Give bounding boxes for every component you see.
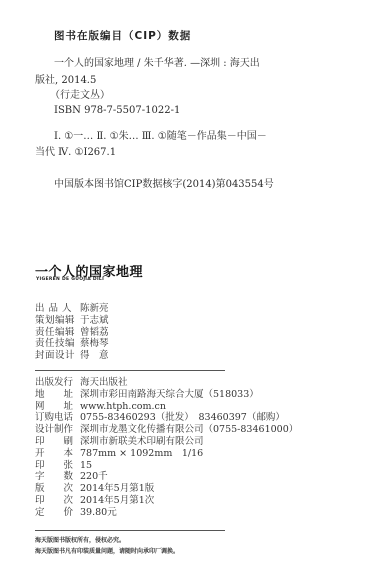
cip-series-line: （行走文丛） bbox=[50, 89, 110, 102]
credit-row: 出 品 人 陈新亮 bbox=[35, 303, 109, 315]
pub-value: 海天出版社 bbox=[80, 377, 128, 389]
pub-row: 地 址 深圳市彩田南路海天综合大厦（518033） bbox=[35, 389, 298, 401]
credit-value: 蔡梅琴 bbox=[80, 338, 109, 350]
pub-label: 定 价 bbox=[35, 507, 80, 519]
pub-value: 39.80元 bbox=[80, 507, 117, 519]
pub-value: 深圳市新联美术印刷有限公司 bbox=[80, 436, 204, 448]
pub-value: 220千 bbox=[80, 471, 108, 483]
pub-value: 0755-83460293（批发） 83460397（邮购） bbox=[80, 412, 285, 424]
credit-label: 策划编辑 bbox=[35, 315, 80, 327]
publication-info: 出版发行 海天出版社 地 址 深圳市彩田南路海天综合大厦（518033） 网 址… bbox=[35, 377, 298, 519]
pub-value: www.htph.com.cn bbox=[80, 401, 166, 413]
divider-rule bbox=[35, 370, 225, 371]
pub-label: 版 次 bbox=[35, 483, 80, 495]
pub-label: 印 张 bbox=[35, 460, 80, 472]
copyright-notice: 海天版图书版权所有，侵权必究。 bbox=[35, 535, 125, 544]
pub-value: 2014年5月第1版 bbox=[80, 483, 154, 495]
credit-label: 封面设计 bbox=[35, 350, 80, 362]
credit-label: 责任技编 bbox=[35, 338, 80, 350]
cip-classification-line: Ⅰ. ①一… Ⅱ. ①朱… Ⅲ. ①随笔－作品集－中国－ bbox=[54, 130, 267, 143]
pub-label: 地 址 bbox=[35, 389, 80, 401]
credit-label: 责任编辑 bbox=[35, 327, 80, 339]
book-title-pinyin: YIGEREN DE GUOJIA DILI bbox=[36, 277, 104, 282]
cip-heading: 图书在版编目（CIP）数据 bbox=[54, 28, 191, 43]
credit-label: 出 品 人 bbox=[35, 303, 80, 315]
cip-classification-line-2: 当代 Ⅳ. ①I267.1 bbox=[35, 146, 116, 159]
pub-label: 订购电话 bbox=[35, 412, 80, 424]
pub-value: 深圳市龙墨文化传播有限公司（0755-83461000） bbox=[80, 424, 298, 436]
pub-row: 订购电话 0755-83460293（批发） 83460397（邮购） bbox=[35, 412, 298, 424]
credit-row: 策划编辑 于志斌 bbox=[35, 315, 109, 327]
pub-row: 定 价 39.80元 bbox=[35, 507, 298, 519]
pub-value: 787mm × 1092mm 1/16 bbox=[80, 448, 203, 460]
pub-row: 印 张 15 bbox=[35, 460, 298, 472]
quality-notice: 海天版图书凡有印装质量问题，请随时向承印厂调换。 bbox=[35, 546, 179, 555]
pub-row: 版 次 2014年5月第1版 bbox=[35, 483, 298, 495]
cip-record-number: 中国版本图书馆CIP数据核字(2014)第043554号 bbox=[54, 178, 274, 191]
pub-row: 网 址 www.htph.com.cn bbox=[35, 401, 298, 413]
pub-label: 出版发行 bbox=[35, 377, 80, 389]
pub-label: 网 址 bbox=[35, 401, 80, 413]
pub-label: 开 本 bbox=[35, 448, 80, 460]
credit-value: 陈新亮 bbox=[80, 303, 109, 315]
credit-value: 于志斌 bbox=[80, 315, 109, 327]
cip-isbn-line: ISBN 978-7-5507-1022-1 bbox=[54, 104, 180, 117]
cip-publisher-line: 版社, 2014.5 bbox=[35, 74, 96, 87]
credit-value: 曾韬荔 bbox=[80, 327, 109, 339]
pub-label: 印 次 bbox=[35, 495, 80, 507]
pub-value: 2014年5月第1次 bbox=[80, 495, 154, 507]
pub-row: 设计制作 深圳市龙墨文化传播有限公司（0755-83461000） bbox=[35, 424, 298, 436]
credits-list: 出 品 人 陈新亮 策划编辑 于志斌 责任编辑 曾韬荔 责任技编 蔡梅琴 封面设… bbox=[35, 303, 109, 362]
credit-row: 责任编辑 曾韬荔 bbox=[35, 327, 109, 339]
pub-row: 印 刷 深圳市新联美术印刷有限公司 bbox=[35, 436, 298, 448]
pub-value: 深圳市彩田南路海天综合大厦（518033） bbox=[80, 389, 259, 401]
credit-row: 责任技编 蔡梅琴 bbox=[35, 338, 109, 350]
divider-rule bbox=[35, 530, 225, 531]
credit-row: 封面设计 得 意 bbox=[35, 350, 109, 362]
pub-label: 设计制作 bbox=[35, 424, 80, 436]
pub-row: 出版发行 海天出版社 bbox=[35, 377, 298, 389]
pub-label: 字 数 bbox=[35, 471, 80, 483]
cip-title-line: 一个人的国家地理 / 朱千华著. —深圳 : 海天出 bbox=[54, 57, 260, 70]
credit-value: 得 意 bbox=[80, 350, 109, 362]
pub-row: 开 本 787mm × 1092mm 1/16 bbox=[35, 448, 298, 460]
pub-label: 印 刷 bbox=[35, 436, 80, 448]
pub-value: 15 bbox=[80, 460, 92, 472]
pub-row: 字 数 220千 bbox=[35, 471, 298, 483]
pub-row: 印 次 2014年5月第1次 bbox=[35, 495, 298, 507]
